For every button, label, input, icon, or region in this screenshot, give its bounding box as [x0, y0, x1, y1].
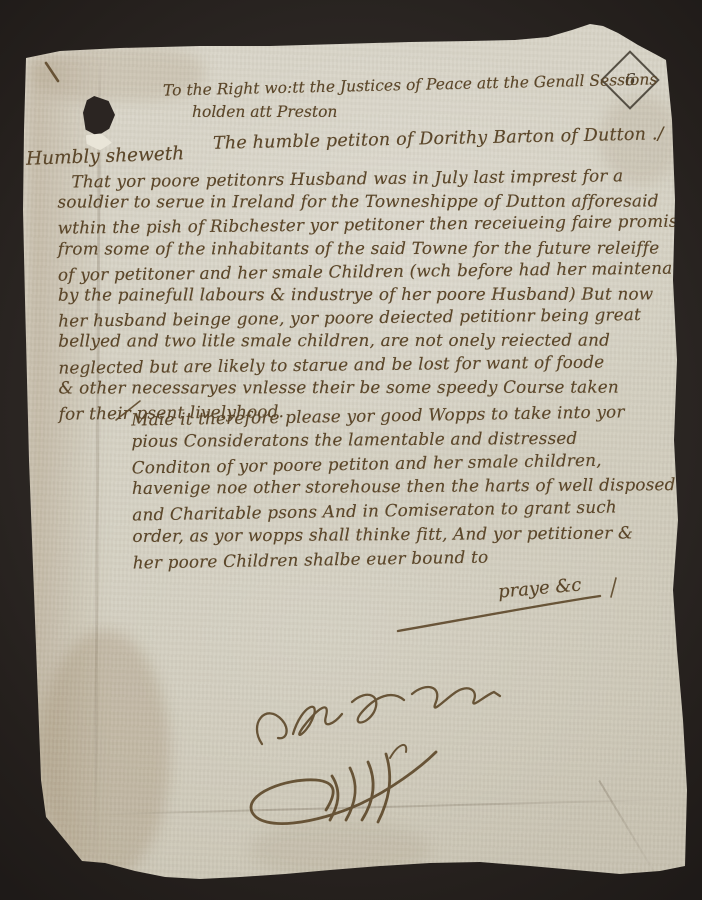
manuscript-paper: 6 To the Right wo:tt the Justices of Pea… [0, 0, 702, 900]
closing-tick [611, 578, 616, 597]
salutation: Humbly sheweth [26, 143, 185, 170]
petition-title: The humble petiton of Dorithy Barton of … [213, 124, 664, 153]
signature-flourish-1 [257, 687, 500, 744]
heading-line-2: holden att Preston [192, 103, 337, 121]
torn-hole [83, 96, 115, 138]
petition-body-paragraph-1: That yor poore petitonrs Husband was in … [57, 165, 702, 424]
petition-body-paragraph-2: Maie it therefore please yor good Wopps … [131, 401, 676, 573]
fold-crease-corner [598, 780, 660, 881]
heading-line-1: To the Right wo:tt the Justices of Peace… [163, 70, 658, 99]
fold-crease-bottom [95, 798, 670, 815]
signature-flourish-2 [251, 745, 436, 824]
ink-tick-mark [46, 63, 58, 81]
closing-prayer: praye &c [497, 574, 582, 602]
